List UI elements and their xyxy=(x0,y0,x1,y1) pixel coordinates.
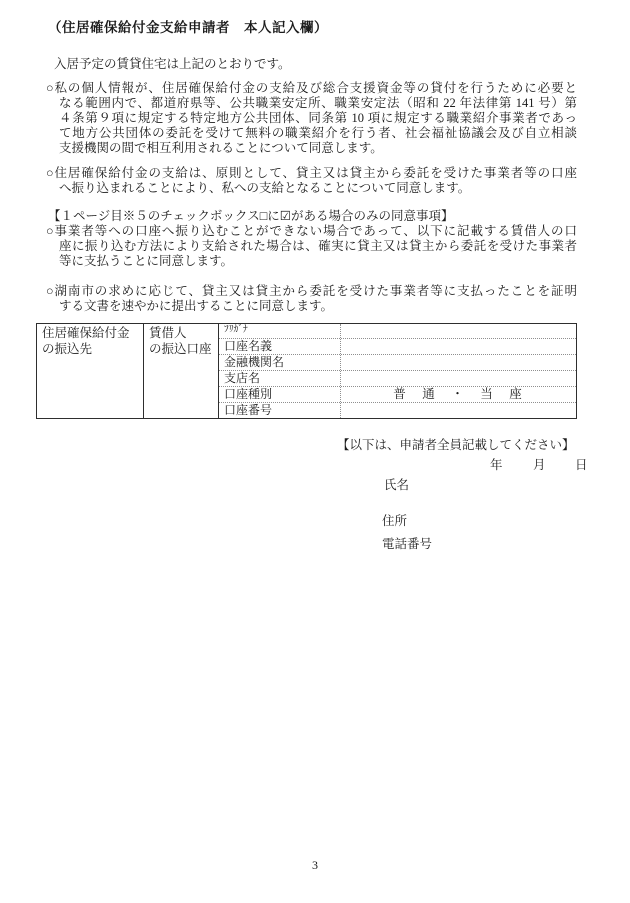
consent-line: へ振り込まれることにより、私への支給となることについて同意します。 xyxy=(46,181,577,196)
account-holder-input-area xyxy=(341,339,576,354)
name-label: 氏名 xyxy=(384,478,409,493)
row-label-account-number: 口座番号 xyxy=(219,403,341,418)
date-month-label: 月 xyxy=(533,458,546,473)
table-header-transfer-destination: 住居確保給付金 の振込先 xyxy=(37,324,144,418)
consent-line: ○私の個人情報が、住居確保給付金の支給及び総合支援資金等の貸付を行うために必要と xyxy=(46,81,577,96)
consent-line: ○湖南市の求めに応じて、貸主又は貸主から委託を受けた事業者等に支払ったことを証明 xyxy=(46,284,577,299)
consent-paragraph-payment-method: ○住居確保給付金の支給は、原則として、貸主又は貸主から委託を受けた事業者等の口座… xyxy=(46,166,577,196)
table-row-account-holder: 口座名義 xyxy=(219,339,576,355)
address-label: 住所 xyxy=(382,514,407,529)
consent-line: 等に支払うことに同意します。 xyxy=(46,254,577,269)
consent-line: ○事業者等への口座へ振り込むことができない場合であって、以下に記載する賃借人の口 xyxy=(46,224,577,239)
all-applicants-note: 【以下は、申請者全員記載してください】 xyxy=(337,438,575,453)
table-row-branch-name: 支店名 xyxy=(219,371,576,387)
page-number: 3 xyxy=(0,858,630,873)
account-number-input-area xyxy=(341,403,576,418)
consent-paragraph-personal-info: ○私の個人情報が、住居確保給付金の支給及び総合支援資金等の貸付を行うために必要と… xyxy=(46,81,577,156)
bank-transfer-table: 住居確保給付金 の振込先 賃借人 の振込口座 ﾌﾘｶﾞﾅ 口座名義 金融機関名 … xyxy=(36,323,577,419)
consent-line: ○住居確保給付金の支給は、原則として、貸主又は貸主から委託を受けた事業者等の口座 xyxy=(46,166,577,181)
intro-statement: 入居予定の賃貸住宅は上記のとおりです。 xyxy=(54,57,291,72)
branch-name-input-area xyxy=(341,371,576,386)
form-section-title: （住居確保給付金支給申請者 本人記入欄） xyxy=(48,20,328,36)
furigana-input-area xyxy=(341,324,576,338)
consent-line: なる範囲内で、都道府県等、公共職業安定所、職業安定法（昭和 22 年法律第 14… xyxy=(46,96,577,111)
table-row-furigana: ﾌﾘｶﾞﾅ xyxy=(219,324,576,339)
table-account-fields: ﾌﾘｶﾞﾅ 口座名義 金融機関名 支店名 口座種別 普 通 ・ 当 座 口座番号 xyxy=(219,324,576,418)
conditional-consent-header: 【１ページ目※５のチェックボックス□に☑がある場合のみの同意事項】 xyxy=(48,209,577,224)
date-year-label: 年 xyxy=(490,458,503,473)
row-label-bank-name: 金融機関名 xyxy=(219,355,341,370)
row-label-furigana: ﾌﾘｶﾞﾅ xyxy=(219,324,341,338)
consent-line: ４条第９項に規定する特定地方公共団体、同条第 10 項に規定する職業紹介事業者で… xyxy=(46,111,577,126)
consent-line: て地方公共団体の委託を受けて無料の職業紹介を行う者、社会福祉協議会及び自立相談 xyxy=(46,126,577,141)
phone-label: 電話番号 xyxy=(382,537,432,552)
table-row-bank-name: 金融機関名 xyxy=(219,355,576,371)
consent-paragraph-tenant-account: ○事業者等への口座へ振り込むことができない場合であって、以下に記載する賃借人の口… xyxy=(46,224,577,269)
row-label-account-type: 口座種別 xyxy=(219,387,341,402)
scanned-form-page: （住居確保給付金支給申請者 本人記入欄） 入居予定の賃貸住宅は上記のとおりです。… xyxy=(0,0,630,903)
row-label-branch-name: 支店名 xyxy=(219,371,341,386)
row-label-account-holder: 口座名義 xyxy=(219,339,341,354)
consent-line: する文書を速やかに提出することに同意します。 xyxy=(46,299,577,314)
account-type-options: 普 通 ・ 当 座 xyxy=(341,387,576,402)
bank-name-input-area xyxy=(341,355,576,370)
table-header-tenant-account: 賃借人 の振込口座 xyxy=(144,324,219,418)
consent-line: 支援機関の間で相互利用されることについて同意します。 xyxy=(46,141,577,156)
consent-paragraph-proof-document: ○湖南市の求めに応じて、貸主又は貸主から委託を受けた事業者等に支払ったことを証明… xyxy=(46,284,577,314)
consent-line: 座に振り込む方法により支給された場合は、確実に貸主又は貸主から委託を受けた事業者 xyxy=(46,239,577,254)
table-row-account-number: 口座番号 xyxy=(219,403,576,418)
table-row-account-type: 口座種別 普 通 ・ 当 座 xyxy=(219,387,576,403)
date-day-label: 日 xyxy=(575,458,588,473)
